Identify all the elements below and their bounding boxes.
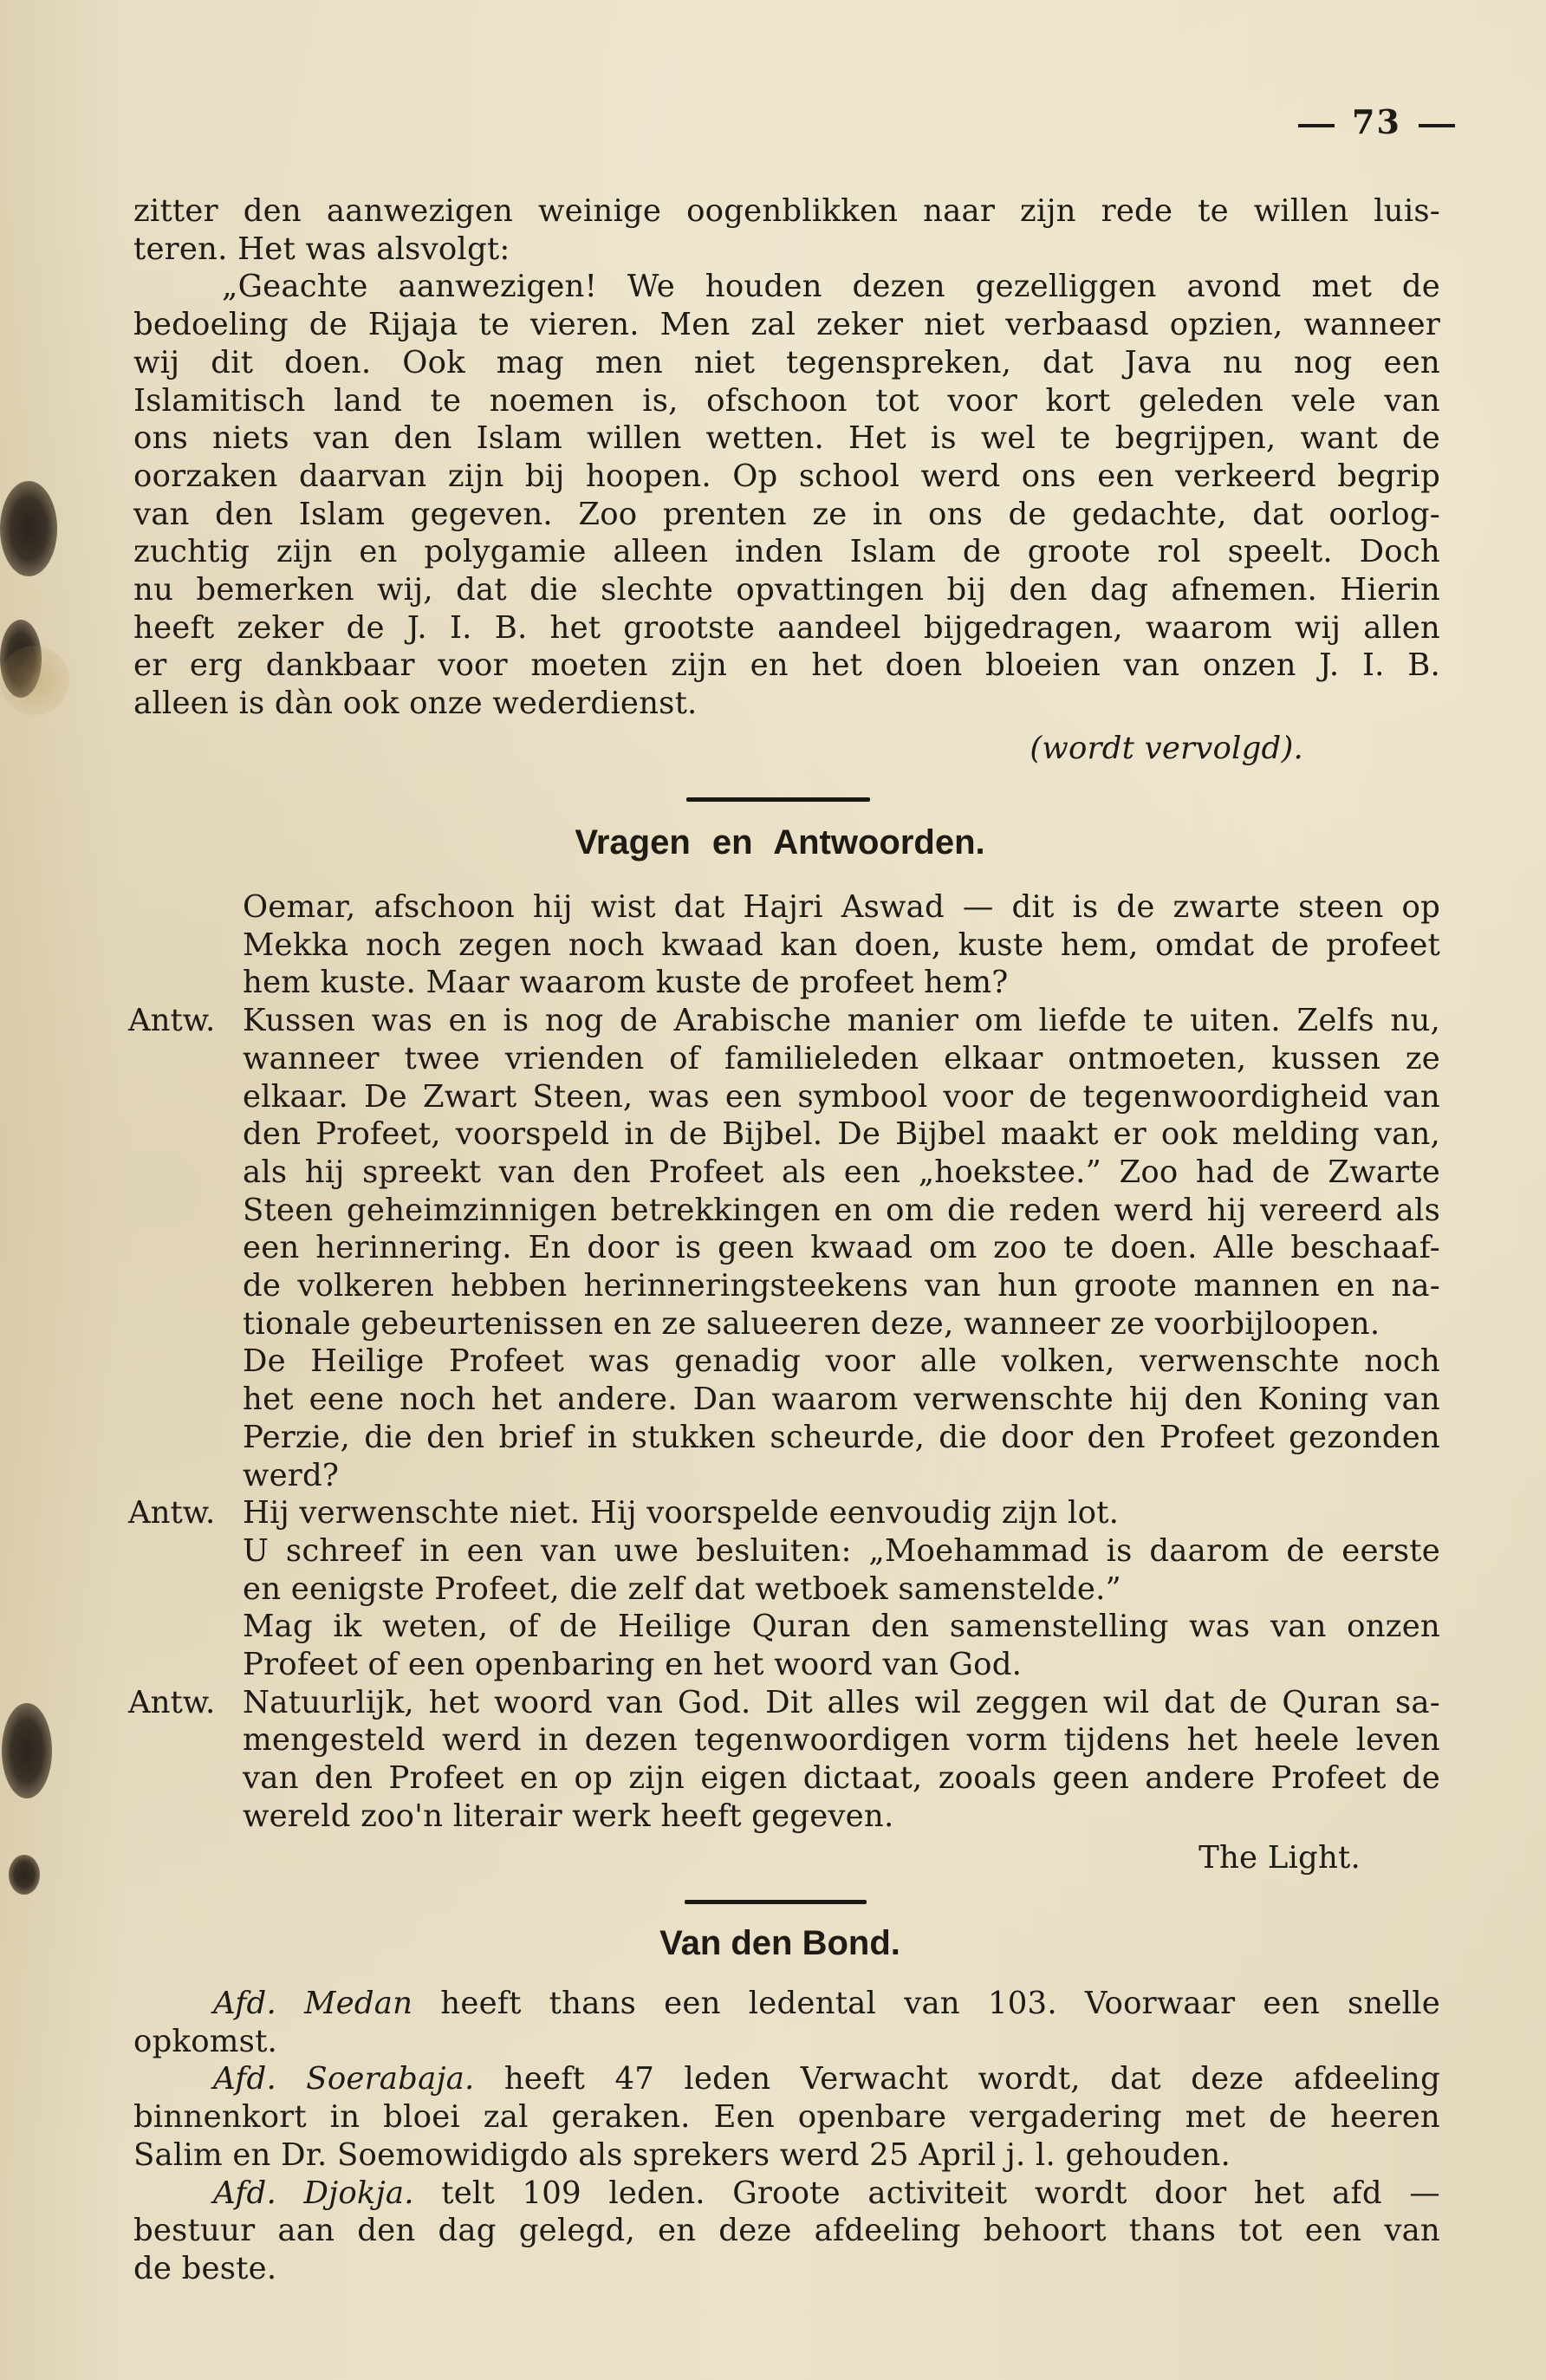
answer: Antw. Natuurlijk, het woord van God. Dit… xyxy=(128,1684,1440,1836)
text-line: den Profeet, voorspeld in de Bijbel. De … xyxy=(243,1115,1440,1154)
section-divider xyxy=(685,1900,867,1904)
text-line: wereld zoo'n literair werk heeft gegeven… xyxy=(243,1798,1440,1836)
text-line: Perzie, die den brief in stukken scheurd… xyxy=(243,1419,1440,1457)
text-line: Steen geheimzinnigen betrekkingen en om … xyxy=(243,1192,1440,1230)
text-line: bedoeling de Rijaja te vieren. Men zal z… xyxy=(133,306,1440,344)
branch-text: telt 109 leden. Groote activiteit wordt … xyxy=(414,2175,1440,2211)
text-line: Mekka noch zegen noch kwaad kan doen, ku… xyxy=(243,927,1440,965)
text-line: teren. Het was alsvolgt: xyxy=(133,231,1440,269)
source-attribution: The Light. xyxy=(128,1839,1440,1877)
branch-name: Afd. Djokja. xyxy=(213,2175,414,2211)
answer-label: Antw. xyxy=(128,1494,215,1532)
text-line: binnenkort in bloei zal geraken. Een ope… xyxy=(133,2098,1440,2136)
text-line: bestuur aan den dag gelegd, en deze afde… xyxy=(133,2212,1440,2250)
answer: Antw. Kussen was en is nog de Arabische … xyxy=(128,1002,1440,1494)
text-line: Oemar, afschoon hij wist dat Hajri Aswad… xyxy=(243,888,1440,927)
text-line: zuchtig zijn en polygamie alleen inden I… xyxy=(133,533,1440,571)
text-line: zitter den aanwezigen weinige oogenblikk… xyxy=(133,192,1440,231)
branch-entry: Afd. Djokja. telt 109 leden. Groote acti… xyxy=(133,2175,1440,2213)
text-line: Salim en Dr. Soemowidigdo als sprekers w… xyxy=(133,2136,1440,2175)
text-line: Hij verwenschte niet. Hij voorspelde een… xyxy=(243,1494,1440,1532)
binding-hole-mark xyxy=(2,1703,52,1798)
branch-name: Afd. Medan xyxy=(213,1986,412,2021)
text-line: van den Islam gegeven. Zoo prenten ze in… xyxy=(133,496,1440,534)
answer-label: Antw. xyxy=(128,1684,215,1722)
text-line: Natuurlijk, het woord van God. Dit alles… xyxy=(243,1684,1440,1722)
text-line: er erg dankbaar voor moeten zijn en het … xyxy=(133,647,1440,685)
text-line: als hij spreekt van den Profeet als een … xyxy=(243,1154,1440,1192)
binding-hole-mark xyxy=(0,481,57,576)
branch-entry: Afd. Medan heeft thans een ledental van … xyxy=(133,1985,1440,2023)
section-heading-bond: Van den Bond. xyxy=(485,1924,1075,1963)
text-line: heeft zeker de J. I. B. het grootste aan… xyxy=(133,609,1440,647)
text-line: oorzaken daarvan zijn bij hoopen. Op sch… xyxy=(133,458,1440,496)
branch-text: heeft thans een ledental van 103. Voorwa… xyxy=(412,1986,1440,2021)
section-divider xyxy=(686,797,870,802)
text-line: werd? xyxy=(243,1457,1440,1495)
text-line: een herinnering. En door is geen kwaad o… xyxy=(243,1229,1440,1267)
dash-left xyxy=(1298,124,1335,127)
text-line: wanneer twee vrienden of familieleden el… xyxy=(243,1040,1440,1078)
text-line: de beste. xyxy=(133,2250,1440,2288)
binding-hole-mark xyxy=(9,1855,40,1895)
text-line: Islamitisch land te noemen is, ofschoon … xyxy=(133,382,1440,420)
continued-article: zitter den aanwezigen weinige oogenblikk… xyxy=(133,192,1440,768)
bond-section: Afd. Medan heeft thans een ledental van … xyxy=(133,1985,1440,2288)
text-line: wij dit doen. Ook mag men niet tegenspre… xyxy=(133,344,1440,382)
text-line: hem kuste. Maar waarom kuste de profeet … xyxy=(243,964,1440,1002)
text-line: Kussen was en is nog de Arabische manier… xyxy=(243,1002,1440,1040)
text-line: Profeet of een openbaring en het woord v… xyxy=(243,1646,1440,1684)
branch-entry: Afd. Soerabaja. heeft 47 leden Verwacht … xyxy=(133,2060,1440,2098)
continued-note: (wordt vervolgd). xyxy=(133,730,1440,768)
text-line: elkaar. De Zwart Steen, was een symbool … xyxy=(243,1078,1440,1116)
text-line: De Heilige Profeet was genadig voor alle… xyxy=(243,1343,1440,1381)
text-line: het eene noch het andere. Dan waarom ver… xyxy=(243,1381,1440,1419)
text-line: nu bemerken wij, dat die slechte opvatti… xyxy=(133,571,1440,609)
section-heading-qa: Vragen en Antwoorden. xyxy=(485,823,1075,862)
page-number: 73 xyxy=(1281,102,1472,141)
branch-text: heeft 47 leden Verwacht wordt, dat deze … xyxy=(475,2061,1441,2097)
dash-right xyxy=(1419,124,1455,127)
text-line: de volkeren hebben herinneringsteekens v… xyxy=(243,1267,1440,1305)
page-number-value: 73 xyxy=(1352,102,1401,141)
answer: Antw. Hij verwenschte niet. Hij voorspel… xyxy=(128,1494,1440,1684)
text-line: „Geachte aanwezigen! We houden dezen gez… xyxy=(133,268,1440,306)
text-line: U schreef in een van uwe besluiten: „Moe… xyxy=(243,1532,1440,1570)
document-page: 73 zitter den aanwezigen weinige oogenbl… xyxy=(0,0,1546,2380)
text-line: tionale gebeurtenissen en ze salueeren d… xyxy=(243,1305,1440,1343)
qa-section: Oemar, afschoon hij wist dat Hajri Aswad… xyxy=(128,888,1440,1876)
text-line: ons niets van den Islam willen wetten. H… xyxy=(133,419,1440,458)
paper-stain xyxy=(0,646,69,715)
text-line: opkomst. xyxy=(133,2023,1440,2061)
branch-name: Afd. Soerabaja. xyxy=(213,2061,475,2097)
answer-label: Antw. xyxy=(128,1002,215,1040)
text-line: mengesteld werd in dezen tegenwoordigen … xyxy=(243,1721,1440,1759)
text-line: en eenigste Profeet, die zelf dat wetboe… xyxy=(243,1570,1440,1609)
question: Oemar, afschoon hij wist dat Hajri Aswad… xyxy=(128,888,1440,1002)
text-line: alleen is dàn ook onze wederdienst. xyxy=(133,685,1440,723)
text-line: Mag ik weten, of de Heilige Quran den sa… xyxy=(243,1608,1440,1646)
text-line: van den Profeet en op zijn eigen dictaat… xyxy=(243,1759,1440,1798)
